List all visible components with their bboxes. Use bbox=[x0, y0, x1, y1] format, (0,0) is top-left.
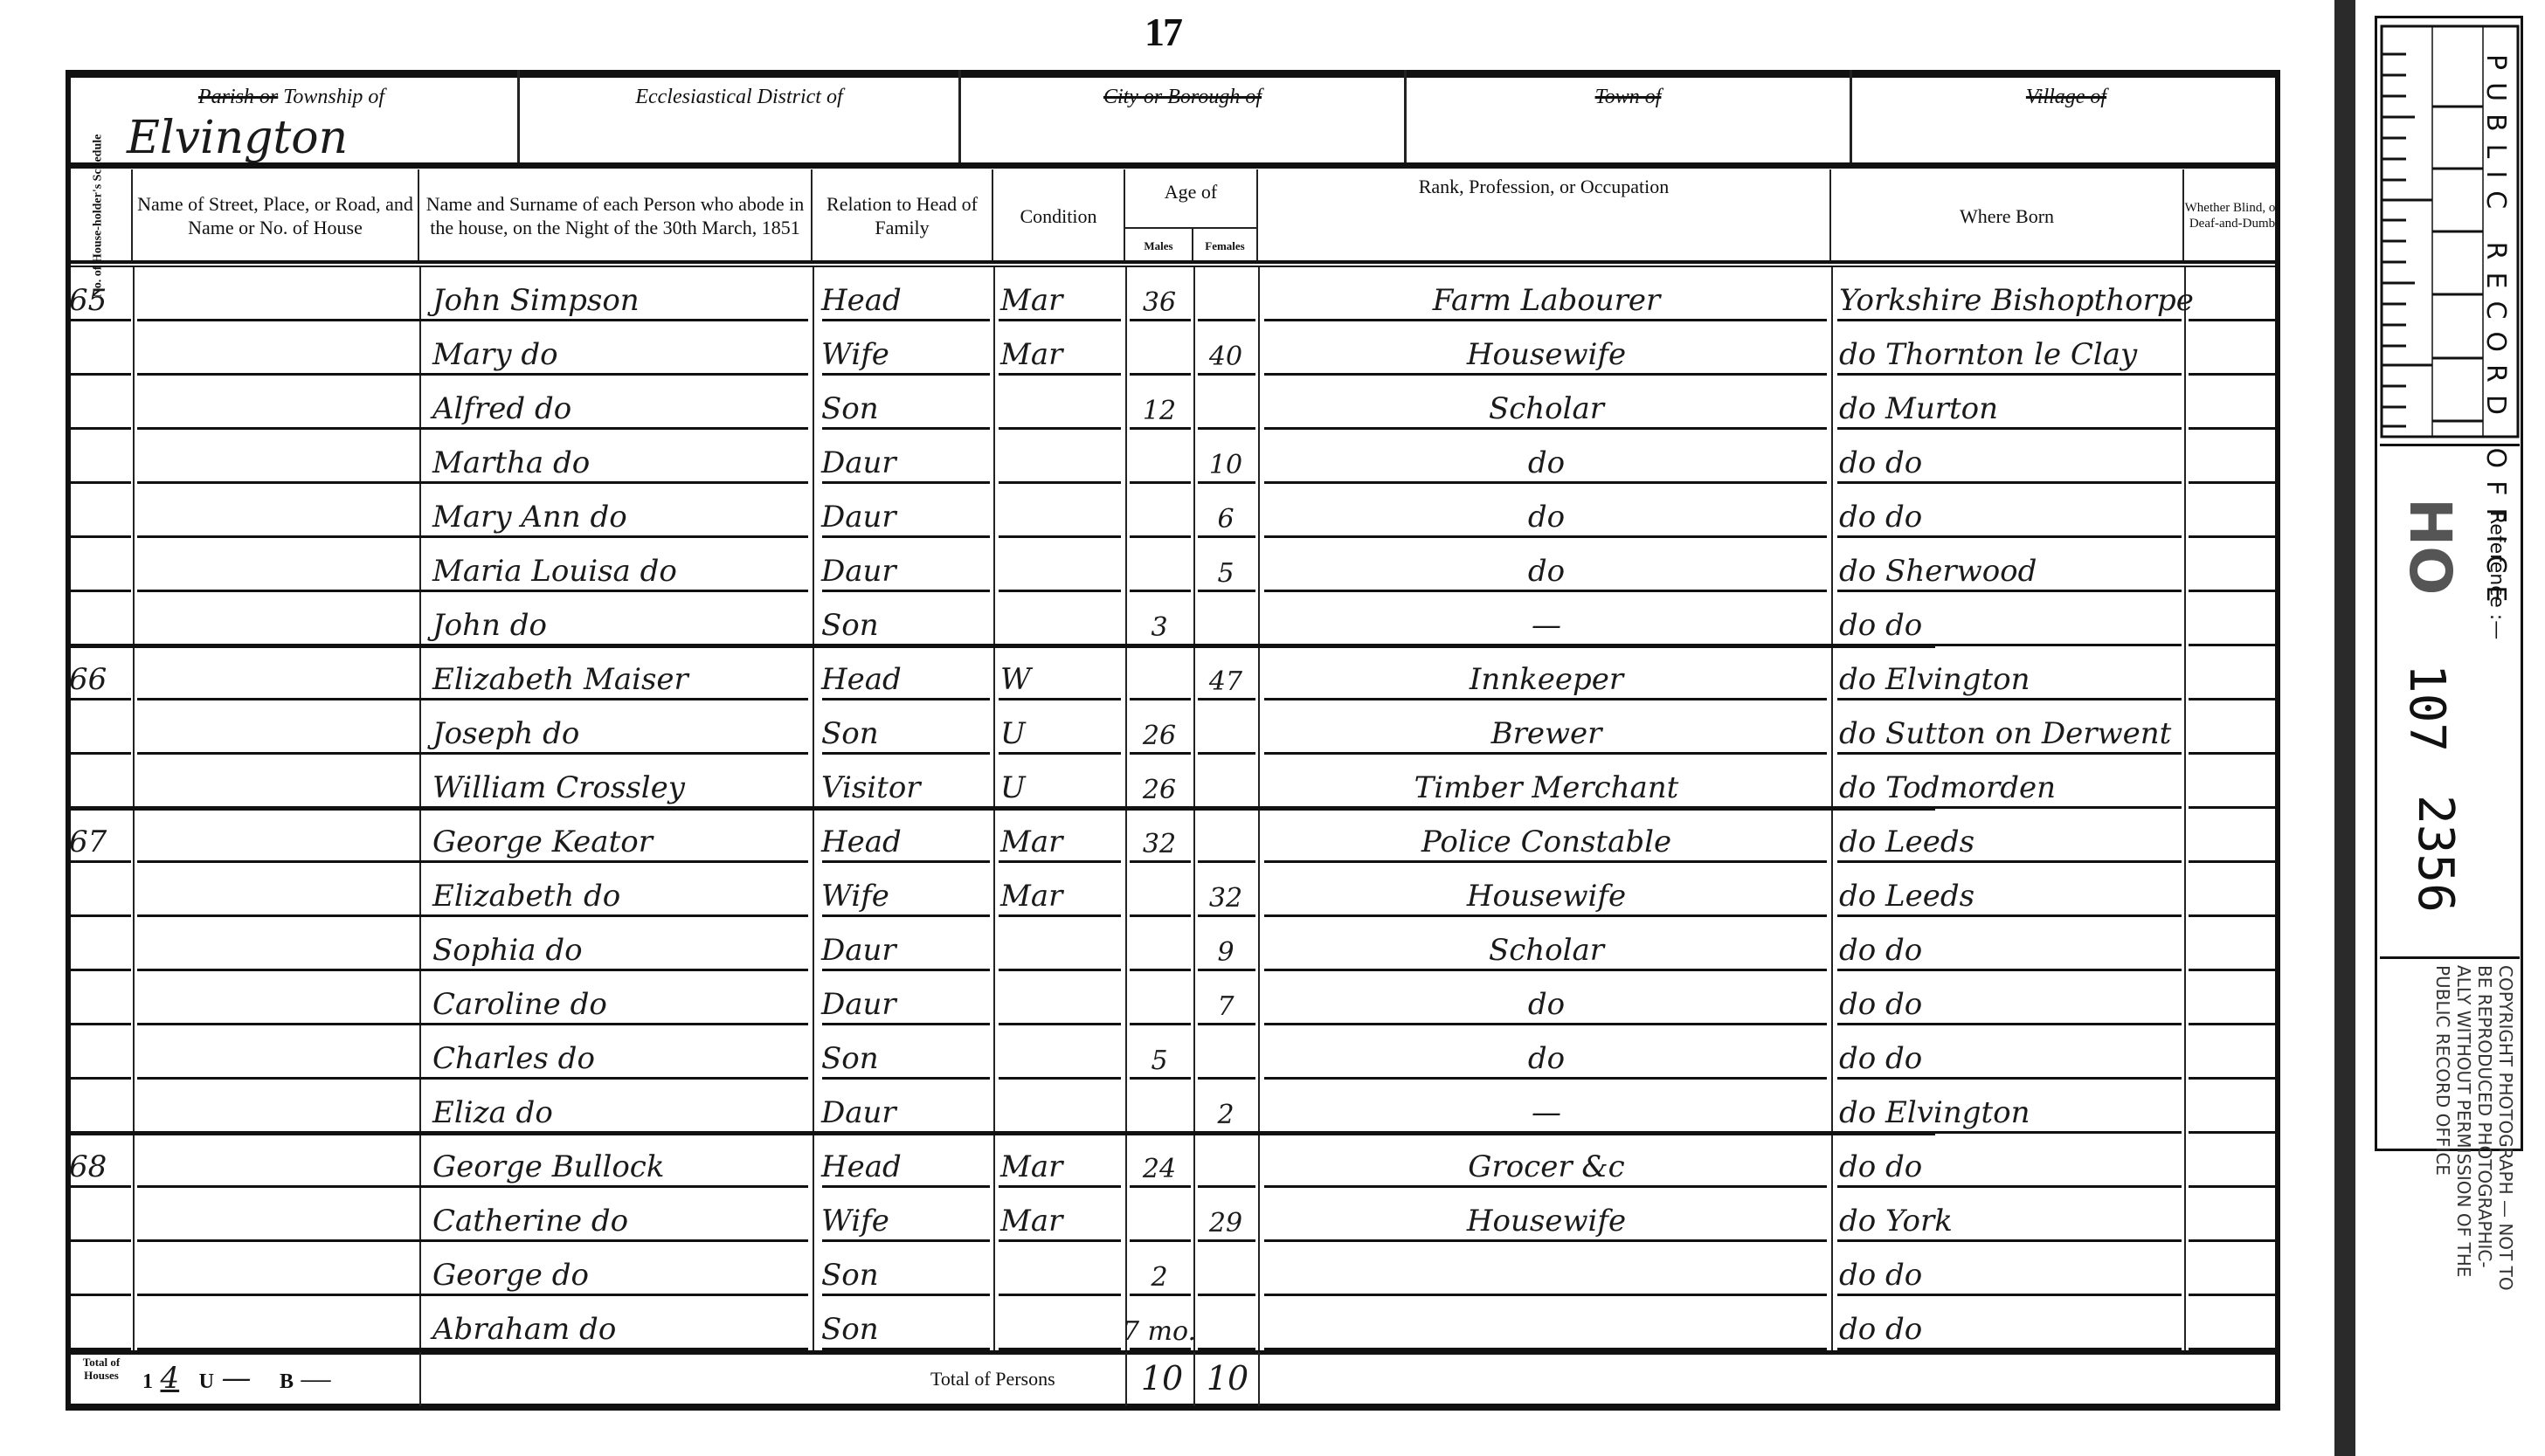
cell-condition bbox=[1000, 545, 1123, 589]
cell-street bbox=[137, 707, 417, 751]
cell-male-age: 32 bbox=[1127, 816, 1192, 859]
col-blind-header: Whether Blind, or Deaf-and-Dumb bbox=[2184, 169, 2280, 262]
cell-condition bbox=[1000, 491, 1123, 535]
cell-occupation: Scholar bbox=[1267, 383, 1826, 426]
total-persons-label: Total of Persons bbox=[930, 1368, 1055, 1390]
cell-occupation: Housewife bbox=[1267, 870, 1826, 914]
parish-struck-label: Parish or bbox=[198, 86, 278, 108]
cell-where-born: do do bbox=[1839, 437, 2241, 480]
uninhabited-value: — bbox=[221, 1361, 251, 1396]
cell-where-born: do Todmorden bbox=[1839, 762, 2241, 805]
cell-male-age: 26 bbox=[1127, 762, 1192, 805]
cell-condition: Mar bbox=[1000, 1141, 1123, 1184]
cell-male-age bbox=[1127, 1087, 1192, 1130]
table-row: Charles doSon5dodo do bbox=[66, 1025, 2280, 1080]
header-band: Parish or Township of Elvington Ecclesia… bbox=[66, 70, 2280, 166]
cell-male-age bbox=[1127, 653, 1192, 697]
cell-male-age: 5 bbox=[1127, 1032, 1192, 1076]
cell-name: Martha do bbox=[432, 437, 808, 480]
cell-occupation: do bbox=[1267, 545, 1826, 589]
cell-condition bbox=[1000, 978, 1123, 1022]
cell-female-age bbox=[1195, 816, 1256, 859]
cell-relation: Wife bbox=[821, 1195, 992, 1239]
table-row: George doSon2do do bbox=[66, 1242, 2280, 1296]
cell-male-age bbox=[1127, 870, 1192, 914]
cell-street bbox=[137, 762, 417, 805]
city-borough-label: City or Borough of bbox=[961, 86, 1404, 109]
cell-male-age bbox=[1127, 1195, 1192, 1239]
cell-schedule: 66 bbox=[69, 653, 130, 697]
city-borough-cell: City or Borough of bbox=[961, 70, 1407, 166]
uninhabited-label: U bbox=[199, 1370, 214, 1393]
cell-male-age: 36 bbox=[1127, 274, 1192, 318]
cell-relation: Son bbox=[821, 1303, 992, 1347]
cell-street bbox=[137, 924, 417, 968]
cell-schedule bbox=[69, 1087, 130, 1130]
cell-schedule bbox=[69, 870, 130, 914]
cell-street bbox=[137, 1087, 417, 1130]
totals-row: Total of Houses 1 4 U — B — Total of Per… bbox=[66, 1352, 2280, 1406]
cell-street bbox=[137, 1032, 417, 1076]
cell-name: Alfred do bbox=[432, 383, 808, 426]
cell-occupation: do bbox=[1267, 978, 1826, 1022]
cell-where-born: do Sutton on Derwent bbox=[1839, 707, 2241, 751]
cell-blind bbox=[2189, 1141, 2276, 1184]
cell-female-age: 5 bbox=[1195, 545, 1256, 589]
col-males-header: Males bbox=[1125, 227, 1193, 262]
parish-cell: Parish or Township of Elvington bbox=[66, 70, 520, 166]
cell-where-born: do do bbox=[1839, 491, 2241, 535]
cell-occupation: do bbox=[1267, 1032, 1826, 1076]
cell-relation: Daur bbox=[821, 1087, 992, 1130]
cell-relation: Daur bbox=[821, 491, 992, 535]
cell-relation: Daur bbox=[821, 437, 992, 480]
township-value: Elvington bbox=[127, 112, 348, 164]
cell-male-age bbox=[1127, 491, 1192, 535]
copyright-line: COPYRIGHT PHOTOGRAPH — NOT TO bbox=[2495, 965, 2516, 1291]
village-cell: Village of bbox=[1852, 70, 2280, 166]
town-label: Town of bbox=[1407, 86, 1850, 109]
cell-female-age: 10 bbox=[1195, 437, 1256, 480]
cell-relation: Wife bbox=[821, 870, 992, 914]
cell-blind bbox=[2189, 978, 2276, 1022]
cell-relation: Visitor bbox=[821, 762, 992, 805]
cell-condition: U bbox=[1000, 762, 1123, 805]
cell-name: George Keator bbox=[432, 816, 808, 859]
cell-condition bbox=[1000, 1032, 1123, 1076]
reference-piece: 107 bbox=[2398, 664, 2455, 752]
reference-label: Reference :— bbox=[2486, 511, 2507, 639]
cell-schedule bbox=[69, 762, 130, 805]
cell-blind bbox=[2189, 437, 2276, 480]
cell-relation: Daur bbox=[821, 924, 992, 968]
cell-where-born: do do bbox=[1839, 599, 2241, 643]
cell-street bbox=[137, 653, 417, 697]
cell-condition bbox=[1000, 924, 1123, 968]
cell-condition bbox=[1000, 1249, 1123, 1293]
cell-female-age bbox=[1195, 1249, 1256, 1293]
cell-blind bbox=[2189, 762, 2276, 805]
household-divider bbox=[66, 806, 1935, 811]
cell-name: Maria Louisa do bbox=[432, 545, 808, 589]
cell-female-age bbox=[1195, 274, 1256, 318]
cell-condition bbox=[1000, 599, 1123, 643]
cell-blind bbox=[2189, 1087, 2276, 1130]
cell-relation: Wife bbox=[821, 328, 992, 372]
cell-relation: Head bbox=[821, 1141, 992, 1184]
cell-occupation: Scholar bbox=[1267, 924, 1826, 968]
cell-schedule bbox=[69, 1195, 130, 1239]
cell-blind bbox=[2189, 328, 2276, 372]
cell-where-born: do York bbox=[1839, 1195, 2241, 1239]
col-females-header: Females bbox=[1193, 227, 1256, 262]
table-row: Maria Louisa doDaur5dodo Sherwood bbox=[66, 538, 2280, 592]
cell-schedule bbox=[69, 328, 130, 372]
cell-male-age bbox=[1127, 328, 1192, 372]
cell-street bbox=[137, 1303, 417, 1347]
total-females: 10 bbox=[1197, 1359, 1258, 1397]
cell-male-age: 2 bbox=[1127, 1249, 1192, 1293]
cell-schedule bbox=[69, 1303, 130, 1347]
cell-relation: Son bbox=[821, 383, 992, 426]
table-row: William CrossleyVisitorU26Timber Merchan… bbox=[66, 755, 2280, 809]
binding-edge bbox=[2334, 0, 2355, 1456]
cell-street bbox=[137, 328, 417, 372]
cell-female-age bbox=[1195, 707, 1256, 751]
cell-condition bbox=[1000, 383, 1123, 426]
cell-relation: Son bbox=[821, 1032, 992, 1076]
cell-street bbox=[137, 545, 417, 589]
col-occupation-header: Rank, Profession, or Occupation bbox=[1258, 169, 1831, 262]
cell-male-age: 26 bbox=[1127, 707, 1192, 751]
cell-female-age: 32 bbox=[1195, 870, 1256, 914]
household-divider bbox=[66, 644, 1935, 648]
cell-street bbox=[137, 491, 417, 535]
cell-occupation bbox=[1267, 1303, 1826, 1347]
cell-relation: Head bbox=[821, 816, 992, 859]
total-houses: 1 4 U — B — bbox=[142, 1361, 331, 1396]
reference-folio: 2356 bbox=[2407, 795, 2464, 913]
cell-where-born: do Sherwood bbox=[1839, 545, 2241, 589]
col-divider bbox=[1258, 1352, 1260, 1406]
cell-female-age: 9 bbox=[1195, 924, 1256, 968]
cell-occupation: Police Constable bbox=[1267, 816, 1826, 859]
total-houses-prefix: 1 bbox=[142, 1370, 153, 1393]
copyright-line: PUBLIC RECORD OFFICE bbox=[2432, 965, 2453, 1291]
cell-name: Joseph do bbox=[432, 707, 808, 751]
cell-blind bbox=[2189, 491, 2276, 535]
cell-female-age: 6 bbox=[1195, 491, 1256, 535]
cell-where-born: do Thornton le Clay bbox=[1839, 328, 2241, 372]
cell-street bbox=[137, 978, 417, 1022]
table-row: Abraham doSon7 mo.do do bbox=[66, 1296, 2280, 1350]
cell-female-age bbox=[1195, 1303, 1256, 1347]
cell-condition: Mar bbox=[1000, 1195, 1123, 1239]
table-row: 66Elizabeth MaiserHeadW47Innkeeperdo Elv… bbox=[66, 646, 2280, 700]
cell-occupation: Innkeeper bbox=[1267, 653, 1826, 697]
cell-relation: Son bbox=[821, 599, 992, 643]
cell-where-born: do Leeds bbox=[1839, 870, 2241, 914]
cell-female-age bbox=[1195, 383, 1256, 426]
cell-schedule: 65 bbox=[69, 274, 130, 318]
cell-name: William Crossley bbox=[432, 762, 808, 805]
cell-male-age: 3 bbox=[1127, 599, 1192, 643]
col-name-header: Name and Surname of each Person who abod… bbox=[419, 169, 813, 262]
column-header-divider bbox=[66, 260, 2280, 264]
table-row: Elizabeth doWifeMar32Housewifedo Leeds bbox=[66, 863, 2280, 917]
cell-name: George do bbox=[432, 1249, 808, 1293]
cell-street bbox=[137, 599, 417, 643]
township-label: Township of bbox=[283, 86, 384, 108]
cell-female-age: 7 bbox=[1195, 978, 1256, 1022]
cell-blind bbox=[2189, 1032, 2276, 1076]
col-divider bbox=[1193, 1352, 1195, 1406]
cell-schedule bbox=[69, 599, 130, 643]
cell-blind bbox=[2189, 599, 2276, 643]
cell-female-age: 40 bbox=[1195, 328, 1256, 372]
cell-relation: Head bbox=[821, 653, 992, 697]
cell-occupation: — bbox=[1267, 1087, 1826, 1130]
cell-female-age bbox=[1195, 1141, 1256, 1184]
cell-schedule bbox=[69, 1032, 130, 1076]
col-divider bbox=[1125, 1352, 1127, 1406]
cell-blind bbox=[2189, 1195, 2276, 1239]
header-divider bbox=[66, 162, 2280, 169]
cell-street bbox=[137, 870, 417, 914]
cell-blind bbox=[2189, 870, 2276, 914]
scale-ruler: PUBLIC RECORD OFFICE bbox=[2380, 19, 2520, 438]
total-inhabited-value: 4 bbox=[161, 1361, 180, 1396]
table-row: Sophia doDaur9Scholardo do bbox=[66, 917, 2280, 971]
table-row: Martha doDaur10dodo do bbox=[66, 430, 2280, 484]
cell-street bbox=[137, 437, 417, 480]
copyright-line: ALLY WITHOUT PERMISSION OF THE bbox=[2453, 965, 2474, 1291]
table-row: Eliza doDaur2—do Elvington bbox=[66, 1080, 2280, 1134]
cell-male-age: 7 mo. bbox=[1127, 1303, 1192, 1347]
total-houses-label: Total of Houses bbox=[71, 1356, 132, 1382]
col-street-header: Name of Street, Place, or Road, and Name… bbox=[133, 169, 419, 262]
cell-schedule: 68 bbox=[69, 1141, 130, 1184]
column-header-row: No. of House-holder's Schedule Name of S… bbox=[66, 169, 2280, 262]
cell-where-born: Yorkshire Bishopthorpe bbox=[1839, 274, 2241, 318]
cell-street bbox=[137, 383, 417, 426]
cell-street bbox=[137, 274, 417, 318]
cell-female-age: 2 bbox=[1195, 1087, 1256, 1130]
col-age-label: Age of bbox=[1165, 180, 1217, 204]
page-number: 17 bbox=[1145, 9, 1181, 55]
cell-name: Sophia do bbox=[432, 924, 808, 968]
cell-street bbox=[137, 816, 417, 859]
stamp-divider bbox=[2380, 956, 2520, 959]
cell-where-born: do Elvington bbox=[1839, 1087, 2241, 1130]
total-males: 10 bbox=[1131, 1359, 1193, 1397]
cell-schedule bbox=[69, 924, 130, 968]
cell-male-age bbox=[1127, 437, 1192, 480]
cell-where-born: do do bbox=[1839, 924, 2241, 968]
census-table-body: 65John SimpsonHeadMar36Farm LabourerYork… bbox=[66, 267, 2280, 1350]
cell-blind bbox=[2189, 274, 2276, 318]
cell-male-age: 12 bbox=[1127, 383, 1192, 426]
cell-occupation: Grocer &c bbox=[1267, 1141, 1826, 1184]
cell-occupation: Farm Labourer bbox=[1267, 274, 1826, 318]
cell-name: Charles do bbox=[432, 1032, 808, 1076]
cell-schedule bbox=[69, 707, 130, 751]
cell-blind bbox=[2189, 545, 2276, 589]
cell-condition: Mar bbox=[1000, 328, 1123, 372]
cell-where-born: do do bbox=[1839, 1032, 2241, 1076]
cell-condition: W bbox=[1000, 653, 1123, 697]
household-divider bbox=[66, 1131, 1935, 1135]
table-row: Caroline doDaur7dodo do bbox=[66, 971, 2280, 1025]
cell-condition: U bbox=[1000, 707, 1123, 751]
cell-name: Elizabeth do bbox=[432, 870, 808, 914]
cell-name: Abraham do bbox=[432, 1303, 808, 1347]
building-value: — bbox=[301, 1363, 331, 1395]
cell-relation: Son bbox=[821, 707, 992, 751]
cell-condition bbox=[1000, 1303, 1123, 1347]
cell-where-born: do do bbox=[1839, 1249, 2241, 1293]
cell-blind bbox=[2189, 816, 2276, 859]
stamp-divider bbox=[2380, 444, 2520, 446]
cell-female-age bbox=[1195, 762, 1256, 805]
cell-blind bbox=[2189, 707, 2276, 751]
cell-blind bbox=[2189, 653, 2276, 697]
cell-condition: Mar bbox=[1000, 870, 1123, 914]
col-age-header: Age of Males Females bbox=[1125, 169, 1258, 262]
cell-name: Elizabeth Maiser bbox=[432, 653, 808, 697]
ecclesiastical-district-cell: Ecclesiastical District of bbox=[520, 70, 961, 166]
cell-schedule: 67 bbox=[69, 816, 130, 859]
ecclesiastical-district-label: Ecclesiastical District of bbox=[520, 86, 958, 109]
table-row: Mary doWifeMar40Housewifedo Thornton le … bbox=[66, 321, 2280, 376]
cell-where-born: do Murton bbox=[1839, 383, 2241, 426]
cell-relation: Daur bbox=[821, 545, 992, 589]
table-row: 65John SimpsonHeadMar36Farm LabourerYork… bbox=[66, 267, 2280, 321]
cell-occupation bbox=[1267, 1249, 1826, 1293]
cell-relation: Son bbox=[821, 1249, 992, 1293]
cell-male-age: 24 bbox=[1127, 1141, 1192, 1184]
table-row: Mary Ann doDaur6dodo do bbox=[66, 484, 2280, 538]
cell-female-age: 47 bbox=[1195, 653, 1256, 697]
cell-condition: Mar bbox=[1000, 274, 1123, 318]
cell-occupation: do bbox=[1267, 437, 1826, 480]
cell-where-born: do Elvington bbox=[1839, 653, 2241, 697]
cell-schedule bbox=[69, 437, 130, 480]
cell-where-born: do do bbox=[1839, 978, 2241, 1022]
copyright-line: BE REPRODUCED PHOTOGRAPHIC- bbox=[2474, 965, 2495, 1291]
table-row: 68George BullockHeadMar24Grocer &cdo do bbox=[66, 1134, 2280, 1188]
cell-schedule bbox=[69, 383, 130, 426]
cell-condition: Mar bbox=[1000, 816, 1123, 859]
reference-series: HO bbox=[2396, 498, 2464, 595]
cell-name: George Bullock bbox=[432, 1141, 808, 1184]
cell-name: Mary Ann do bbox=[432, 491, 808, 535]
cell-female-age bbox=[1195, 599, 1256, 643]
cell-occupation: Timber Merchant bbox=[1267, 762, 1826, 805]
cell-schedule bbox=[69, 545, 130, 589]
cell-blind bbox=[2189, 1303, 2276, 1347]
cell-street bbox=[137, 1141, 417, 1184]
cell-name: Caroline do bbox=[432, 978, 808, 1022]
building-label: B bbox=[280, 1370, 294, 1393]
cell-condition bbox=[1000, 1087, 1123, 1130]
parish-label: Parish or Township of bbox=[66, 86, 517, 109]
cell-male-age bbox=[1127, 545, 1192, 589]
col-schedule-header: No. of House-holder's Schedule bbox=[66, 169, 133, 262]
cell-female-age bbox=[1195, 1032, 1256, 1076]
cell-occupation: Housewife bbox=[1267, 1195, 1826, 1239]
table-row: Joseph doSonU26Brewerdo Sutton on Derwen… bbox=[66, 700, 2280, 755]
cell-schedule bbox=[69, 491, 130, 535]
cell-male-age bbox=[1127, 978, 1192, 1022]
cell-schedule bbox=[69, 978, 130, 1022]
cell-name: Catherine do bbox=[432, 1195, 808, 1239]
cell-relation: Daur bbox=[821, 978, 992, 1022]
table-row: Alfred doSon12Scholardo Murton bbox=[66, 376, 2280, 430]
table-row: 67George KeatorHeadMar32Police Constable… bbox=[66, 809, 2280, 863]
col-condition-header: Condition bbox=[993, 169, 1125, 262]
cell-schedule bbox=[69, 1249, 130, 1293]
cell-where-born: do do bbox=[1839, 1141, 2241, 1184]
cell-male-age bbox=[1127, 924, 1192, 968]
col-relation-header: Relation to Head of Family bbox=[813, 169, 993, 262]
cell-condition bbox=[1000, 437, 1123, 480]
cell-blind bbox=[2189, 1249, 2276, 1293]
cell-name: John Simpson bbox=[432, 274, 808, 318]
cell-where-born: do do bbox=[1839, 1303, 2241, 1347]
cell-female-age: 29 bbox=[1195, 1195, 1256, 1239]
table-row: Catherine doWifeMar29Housewifedo York bbox=[66, 1188, 2280, 1242]
table-row: John doSon3—do do bbox=[66, 592, 2280, 646]
cell-blind bbox=[2189, 924, 2276, 968]
cell-blind bbox=[2189, 383, 2276, 426]
col-where-born-header: Where Born bbox=[1831, 169, 2184, 262]
cell-where-born: do Leeds bbox=[1839, 816, 2241, 859]
cell-street bbox=[137, 1249, 417, 1293]
cell-occupation: do bbox=[1267, 491, 1826, 535]
cell-occupation: Housewife bbox=[1267, 328, 1826, 372]
cell-occupation: Brewer bbox=[1267, 707, 1826, 751]
town-cell: Town of bbox=[1407, 70, 1852, 166]
cell-street bbox=[137, 1195, 417, 1239]
copyright-notice: COPYRIGHT PHOTOGRAPH — NOT TO BE REPRODU… bbox=[2432, 965, 2516, 1291]
cell-name: Mary do bbox=[432, 328, 808, 372]
cell-name: John do bbox=[432, 599, 808, 643]
village-label: Village of bbox=[1852, 86, 2280, 109]
col-divider bbox=[419, 1352, 421, 1406]
cell-name: Eliza do bbox=[432, 1087, 808, 1130]
cell-occupation: — bbox=[1267, 599, 1826, 643]
cell-relation: Head bbox=[821, 274, 992, 318]
